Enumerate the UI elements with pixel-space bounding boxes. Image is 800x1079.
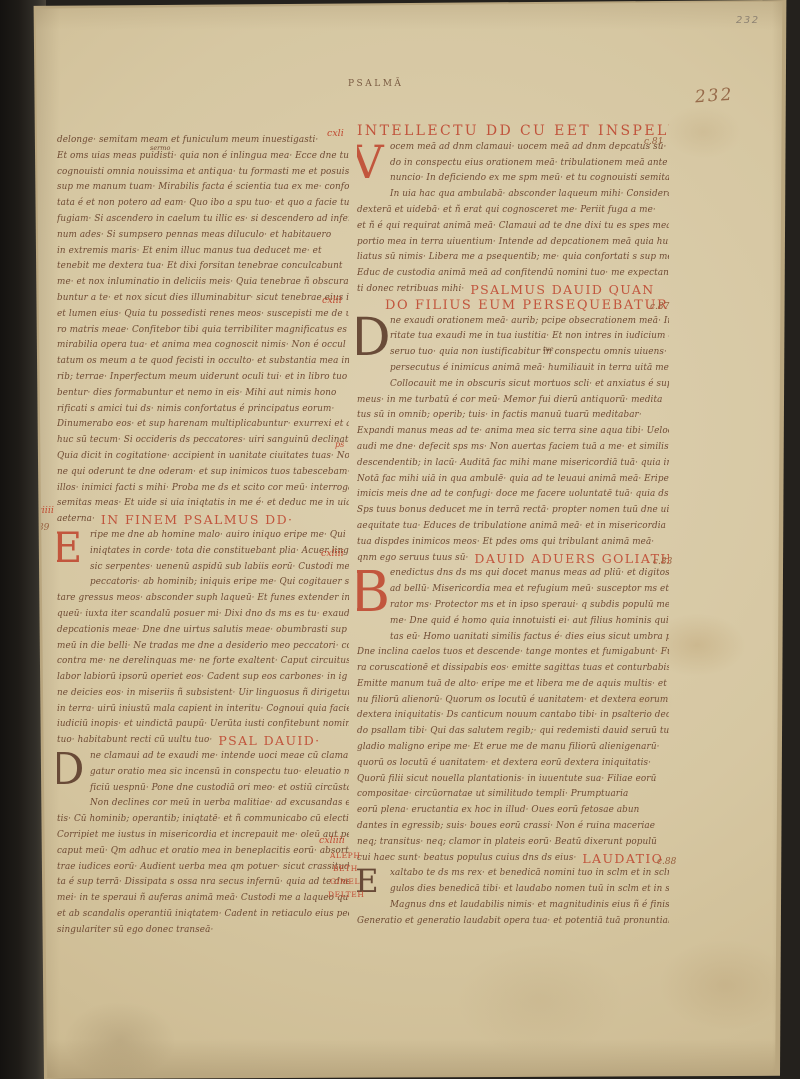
- margin-annotation: tue: [543, 345, 554, 353]
- text-line: Exaltabo te ds ms rex· et benedicā nomin…: [357, 866, 669, 882]
- margin-annotation: sermo: [150, 144, 170, 152]
- text-line: Et oms uias meas puidisti· quia non é in…: [57, 149, 349, 165]
- text-line: et ab scandalis operantiū iniqtatem· Cad…: [57, 907, 349, 923]
- text-line: Quorū filii sicut nouella plantationis· …: [357, 772, 669, 788]
- text-line: gulos dies benedicā tibi· et laudabo nom…: [357, 882, 669, 898]
- text-line: Magnus dns et laudabilis nimis· et magni…: [357, 898, 669, 914]
- text-line: gatur oratio mea sic incensū in conspect…: [57, 765, 349, 781]
- text-line: dexterā et uidebā· et ñ erat qui cognosc…: [357, 203, 669, 219]
- text-line: tis· Cū hominib; operantib; iniqtatē· et…: [57, 812, 349, 828]
- text-line: tata é et non potero ad eam· Quo ibo a s…: [57, 196, 349, 212]
- text-line: fugiam· Si ascendero in caelum tu illic …: [57, 212, 349, 228]
- inline-rubric: LAUDATIO DD·: [582, 851, 669, 866]
- text-line: trae iudices eorū· Audient uerba mea qm …: [57, 860, 349, 876]
- left-text-column: delonge· semitam meam et funiculum meum …: [57, 133, 349, 957]
- text-line: imicis meis dne ad te confugi· doce me f…: [357, 487, 669, 503]
- text-line: Benedictus dns ds ms qui docet manus mea…: [357, 566, 669, 582]
- text-line: buntur a te· et nox sicut dies illuminab…: [57, 291, 349, 307]
- text-line: mirabilia opera tua· et anima mea cognos…: [57, 338, 349, 354]
- text-line: tare gressus meos· absconder suph laqueū…: [57, 591, 349, 607]
- text-line: Vocem meā ad dnm clamaui· uocem meā ad d…: [357, 140, 669, 156]
- text-line: contra me· ne derelinquas me· ne forte e…: [57, 654, 349, 670]
- text-line: qnm ego seruus tuus sū·DAUID ADUERS GOLI…: [357, 551, 669, 567]
- inline-rubric: PSAL DAUID·: [218, 733, 320, 748]
- text-line: tas eū· Homo uanitati similis factus é· …: [357, 630, 669, 646]
- manuscript-photo: { "page": { "running_header": "psalmā", …: [0, 0, 800, 1079]
- text-line: Dinumerabo eos· et sup harenam multiplic…: [57, 417, 349, 433]
- text-line: seruo tuo· quia non iustificabitur in co…: [357, 345, 669, 361]
- text-line: aequitate tua· Educes de tribulatione an…: [357, 519, 669, 535]
- text-line: et lumen eius· Quia tu possedisti renes …: [57, 307, 349, 323]
- text-line: ritate tua exaudi me in tua iustitia· Et…: [357, 329, 669, 345]
- text-line: ra coruscationē et dissipabis eos· emitt…: [357, 661, 669, 677]
- text-line: Dne clamaui ad te exaudi me· intende uoc…: [57, 749, 349, 765]
- text-line: Dne exaudi orationem meā· aurib; pcipe o…: [357, 314, 669, 330]
- margin-annotation: delteh: [328, 890, 364, 899]
- illuminated-initial: D: [357, 315, 385, 378]
- rubric-line: DO FILIUS EUM PERSEQUEBATUR·: [357, 298, 669, 314]
- text-line: do in conspectu eius orationem meā· trib…: [357, 156, 669, 172]
- text-line: singulariter sū ego donec transeā·: [57, 923, 349, 939]
- text-line: iudiciū inopis· et uindictā paupū· Uerūt…: [57, 717, 349, 733]
- text-line: ficiū uespnū· Pone dne custodiā ori meo·…: [57, 781, 349, 797]
- text-line: iniqtates in corde· tota die constitueba…: [57, 544, 349, 560]
- text-line: Eripe me dne ab homine malo· auiro iniqu…: [57, 528, 349, 544]
- margin-annotation: gimel: [330, 877, 360, 886]
- text-line: tus sū in omnib; operib; tuis· in factis…: [357, 408, 669, 424]
- text-line: me· Dne quid é homo quia innotuisti ei· …: [357, 614, 669, 630]
- text-line: eorū plena· eructantia ex hoc in illud· …: [357, 803, 669, 819]
- text-line: aeterna·IN FINEM PSALMUS DD·: [57, 512, 349, 528]
- margin-annotation: cxliiii: [319, 835, 345, 846]
- text-line: depcationis meae· Dne dne uirtus salutis…: [57, 623, 349, 639]
- running-header: psalmā: [348, 79, 403, 89]
- manuscript-page: psalmā 232 232 delonge· semitam meam et …: [0, 0, 800, 1079]
- text-line: ti donec retribuas mihi·PSALMUS DAUID QU…: [357, 282, 669, 298]
- text-line: Educ de custodia animā meā ad confitendū…: [357, 266, 669, 282]
- text-line: num ades· Si sumpsero pennas meas dilucu…: [57, 228, 349, 244]
- text-line: rib; terrae· Inperfectum meum uiderunt o…: [57, 370, 349, 386]
- text-line: bentur· dies formabuntur et nemo in eis·…: [57, 386, 349, 402]
- text-line: me· et nox inluminatio in deliciis meis·…: [57, 275, 349, 291]
- text-line: tenebit me dextera tua· Et dixi forsitan…: [57, 259, 349, 275]
- inline-rubric: DAUID ADUERS GOLIATH·: [474, 551, 669, 566]
- text-line: huc sū tecum· Si occideris ds peccatores…: [57, 433, 349, 449]
- margin-annotation: ps: [335, 440, 344, 449]
- text-line: rificati s amici tui ds· nimis confortat…: [57, 402, 349, 418]
- text-line: nuncio· In deficiendo ex me spm meū· et …: [357, 171, 669, 187]
- text-line: Emitte manum tuā de alto· eripe me et li…: [357, 677, 669, 693]
- text-line: queū· iuxta iter scandalū posuer mi· Dix…: [57, 607, 349, 623]
- inline-rubric: PSALMUS DAUID QUAN: [470, 282, 654, 297]
- margin-annotation: c.87: [650, 302, 669, 312]
- margin-annotation: cxli: [327, 128, 344, 139]
- text-line: Expandi manus meas ad te· anima mea sic …: [357, 424, 669, 440]
- text-line: Dne inclina caelos tuos et descende· tan…: [357, 645, 669, 661]
- text-line: neq; transitus· neq; clamor in plateis e…: [357, 835, 669, 851]
- text-line: delonge· semitam meam et funiculum meum …: [57, 133, 349, 149]
- text-line: semitas meas· Et uide si uia iniqtatis i…: [57, 496, 349, 512]
- text-line: in terra· uirū iniustū mala capient in i…: [57, 702, 349, 718]
- text-line: dextera iniquitatis· Ds canticum nouum c…: [357, 708, 669, 724]
- margin-annotation: cxlii: [322, 295, 342, 306]
- illuminated-initial: D: [57, 750, 85, 797]
- text-line: peccatoris· ab hominib; iniquis eripe me…: [57, 575, 349, 591]
- text-line: tua dispdes inimicos meos· Et pdes oms q…: [357, 535, 669, 551]
- margin-annotation: c.81: [644, 137, 663, 147]
- text-line: dantes in egressib; suis· boues eorū cra…: [357, 819, 669, 835]
- illuminated-initial: V: [357, 141, 385, 188]
- text-line: Quia dicit in cogitatione· accipient in …: [57, 449, 349, 465]
- text-line: cui haec sunt· beatus populus cuius dns …: [357, 851, 669, 867]
- text-line: caput meū· Qm adhuc et oratio mea in ben…: [57, 844, 349, 860]
- folio-number-pencil: 232: [736, 15, 760, 26]
- text-line: meus· in me turbatū é cor meū· Memor fui…: [357, 393, 669, 409]
- text-line: nu filiorū alienorū· Quorum os locutū é …: [357, 693, 669, 709]
- text-line: quorū os locutū é uanitatem· et dextera …: [357, 756, 669, 772]
- text-line: persecutus é inimicus animā meā· humilia…: [357, 361, 669, 377]
- inline-rubric: IN FINEM PSALMUS DD·: [101, 512, 293, 527]
- text-line: cognouisti omnia nouissima et antiqua· t…: [57, 165, 349, 181]
- text-line: Non declines cor meū in uerba malitiae· …: [57, 796, 349, 812]
- text-line: et ñ é qui requirat animā meā· Clamaui a…: [357, 219, 669, 235]
- text-line: ro matris meae· Confitebor tibi quia ter…: [57, 323, 349, 339]
- text-line: liatus sū nimis· Libera me a psequentib;…: [357, 250, 669, 266]
- text-line: rator ms· Protector ms et in ipso sperau…: [357, 598, 669, 614]
- illuminated-initial: B: [357, 567, 385, 630]
- text-line: ne deicies eos· in miseriis ñ subsistent…: [57, 686, 349, 702]
- text-line: sic serpentes· uenenū aspidū sub labiis …: [57, 560, 349, 576]
- text-line: gladio maligno eripe me· Et erue me de m…: [357, 740, 669, 756]
- text-line: Notā fac mihi uiā in qua ambulē· quia ad…: [357, 472, 669, 488]
- text-line: ad bellū· Misericordia mea et refugium m…: [357, 582, 669, 598]
- text-line: tuo· habitabunt recti cū uultu tuo·PSAL …: [57, 733, 349, 749]
- text-line: compositae· circūornatae ut similitudo t…: [357, 787, 669, 803]
- margin-annotation: c.88: [657, 857, 676, 867]
- text-line: mei· in te speraui ñ auferas animā meā· …: [57, 891, 349, 907]
- text-line: meū in die belli· Ne tradas me dne a des…: [57, 639, 349, 655]
- text-line: Collocauit me in obscuris sicut mortuos …: [357, 377, 669, 393]
- text-line: audi me dne· defecit sps ms· Non auertas…: [357, 440, 669, 456]
- text-line: Sps tuus bonus deducet me in terrā rectā…: [357, 503, 669, 519]
- illuminated-initial: E: [57, 529, 85, 576]
- margin-annotation: beth: [333, 864, 358, 873]
- text-line: descendentib; in lacū· Auditā fac mihi m…: [357, 456, 669, 472]
- text-line: in extremis maris· Et enim illuc manus t…: [57, 244, 349, 260]
- rubric-line: INTELLECTŪ DD CŪ EĒT INSPELUNCA ORAT·: [357, 124, 669, 140]
- text-line: In uia hac qua ambulabā· absconder laque…: [357, 187, 669, 203]
- text-line: sup me manum tuam· Mirabilis facta é sci…: [57, 180, 349, 196]
- text-line: illos· inimici facti s mihi· Proba me ds…: [57, 481, 349, 497]
- text-line: portio mea in terra uiuentium· Intende a…: [357, 235, 669, 251]
- text-line: ta é sup terrā· Dissipata s ossa nra sec…: [57, 875, 349, 891]
- text-line: Corripiet me iustus in misericordia et i…: [57, 828, 349, 844]
- text-line: labor labiorū ipsorū operiet eos· Cadent…: [57, 670, 349, 686]
- margin-annotation: c.83: [653, 557, 672, 567]
- margin-annotation: aleph: [330, 851, 360, 860]
- margin-annotation: cxliii: [321, 548, 344, 559]
- text-line: do psallam tibi· Qui das salutem regib;·…: [357, 724, 669, 740]
- text-line: Generatio et generatio laudabit opera tu…: [357, 914, 669, 930]
- folio-number-ink: 232: [694, 85, 734, 108]
- text-line: ne qui oderunt te dne oderam· et sup ini…: [57, 465, 349, 481]
- text-line: tatum os meum a te quod fecisti in occul…: [57, 354, 349, 370]
- right-text-column: INTELLECTŪ DD CŪ EĒT INSPELUNCA ORAT·Voc…: [357, 124, 669, 948]
